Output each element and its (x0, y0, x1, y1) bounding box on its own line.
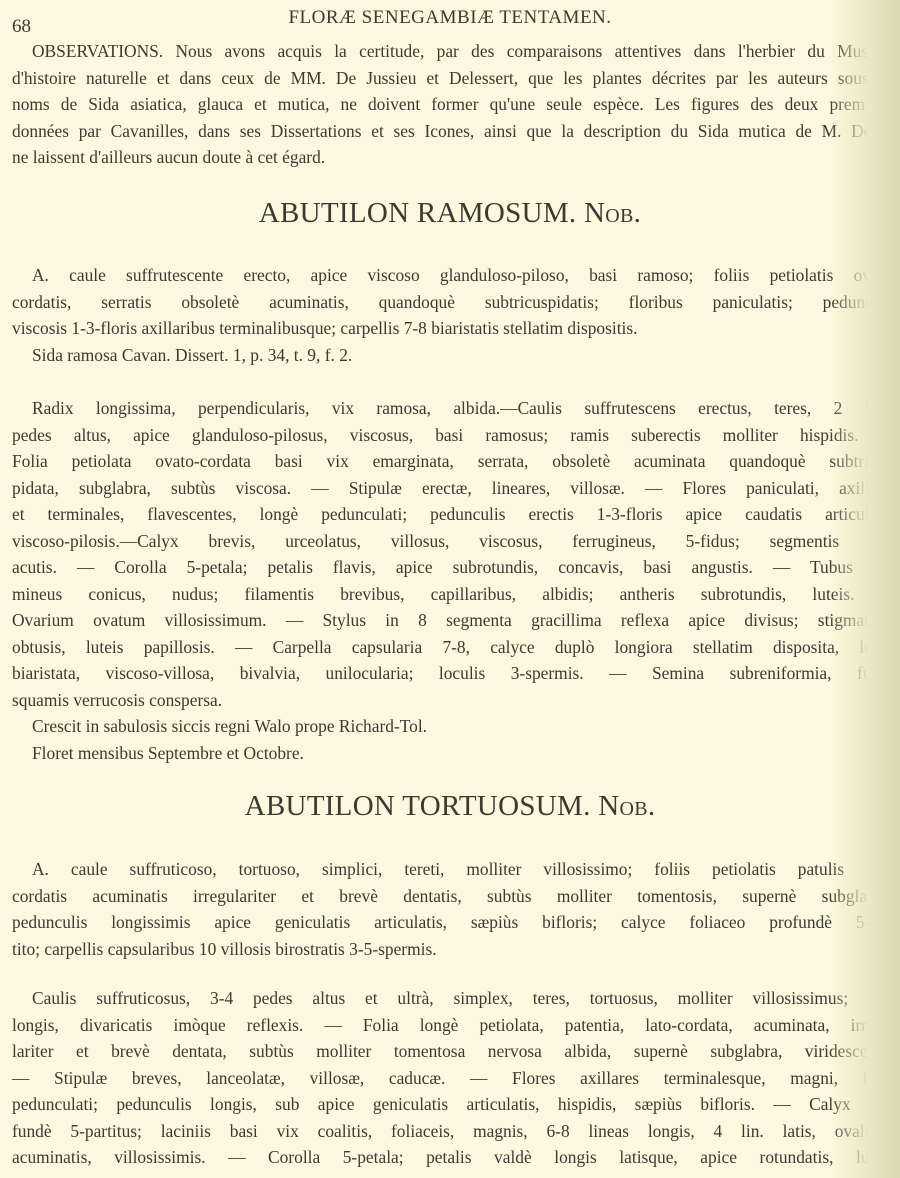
text-line: viscoso-pilosis.—Calyx brevis, urceolatu… (12, 528, 898, 555)
text-line: Caulis suffruticosus, 3-4 pedes altus et… (12, 985, 898, 1012)
text-line: cordatis acuminatis irregulariter et bre… (12, 883, 898, 910)
description-tortuosum: Caulis suffruticosus, 3-4 pedes altus et… (12, 985, 898, 1171)
text-line: mineus conicus, nudus; filamentis brevib… (12, 581, 898, 608)
text-line: noms de Sida asiatica, glauca et mutica,… (12, 91, 898, 118)
text-line: tito; carpellis capsularibus 10 villosis… (12, 936, 898, 963)
text-line: cordatis, serratis obsoletè acuminatis, … (12, 289, 898, 316)
species-author: Nob. (598, 790, 655, 822)
diagnosis-tortuosum: A. caule suffruticoso, tortuoso, simplic… (12, 856, 898, 962)
diagnosis-ramosum: A. caule suffrutescente erecto, apice vi… (12, 262, 898, 368)
text-line: pidata, subglabra, subtùs viscosa. — Sti… (12, 475, 898, 502)
species-title-tortuosum: ABUTILON TORTUOSUM. Nob. (0, 790, 900, 823)
description-ramosum: Radix longissima, perpendicularis, vix r… (12, 395, 898, 766)
text-line: pedunculati; pedunculis longis, sub apic… (12, 1091, 898, 1118)
text-line: OBSERVATIONS. Nous avons acquis la certi… (12, 38, 898, 65)
text-line: acuminatis, villosissimis. — Corolla 5-p… (12, 1144, 898, 1171)
text-line: viscosis 1-3-floris axillaribus terminal… (12, 315, 898, 342)
text-line: obtusis, luteis papillosis. — Carpella c… (12, 634, 898, 661)
text-line: ne laissent d'ailleurs aucun doute à cet… (12, 144, 898, 171)
text-line: — Stipulæ breves, lanceolatæ, villosæ, c… (12, 1065, 898, 1092)
synonym-citation: Sida ramosa Cavan. Dissert. 1, p. 34, t.… (12, 342, 898, 369)
book-page: 68 FLORÆ SENEGAMBIÆ TENTAMEN. OBSERVATIO… (0, 0, 900, 1178)
species-author: Nob. (584, 197, 641, 229)
text-line: pedunculis longissimis apice geniculatis… (12, 909, 898, 936)
text-line: données par Cavanilles, dans ses Dissert… (12, 118, 898, 145)
flowering-note: Floret mensibus Septembre et Octobre. (12, 740, 898, 767)
text-line: lariter et brevè dentata, subtùs mollite… (12, 1038, 898, 1065)
text-line: A. caule suffrutescente erecto, apice vi… (12, 262, 898, 289)
text-line: Ovarium ovatum villosissimum. — Stylus i… (12, 607, 898, 634)
text-line: acutis. — Corolla 5-petala; petalis flav… (12, 554, 898, 581)
text-line: d'histoire naturelle et dans ceux de MM.… (12, 65, 898, 92)
species-title-ramosum: ABUTILON RAMOSUM. Nob. (0, 197, 900, 230)
text-line: Folia petiolata ovato-cordata basi vix e… (12, 448, 898, 475)
text-line: et terminales, flavescentes, longè pedun… (12, 501, 898, 528)
text-line: A. caule suffruticoso, tortuoso, simplic… (12, 856, 898, 883)
observations-paragraph: OBSERVATIONS. Nous avons acquis la certi… (12, 38, 898, 171)
text-line: longis, divaricatis imòque reflexis. — F… (12, 1012, 898, 1039)
text-line: squamis verrucosis conspersa. (12, 687, 898, 714)
text-line: Radix longissima, perpendicularis, vix r… (12, 395, 898, 422)
species-name: ABUTILON TORTUOSUM. (245, 790, 591, 822)
text-line: fundè 5-partitus; laciniis basi vix coal… (12, 1118, 898, 1145)
text-line: pedes altus, apice glanduloso-pilosus, v… (12, 422, 898, 449)
text-line: biaristata, viscoso-villosa, bivalvia, u… (12, 660, 898, 687)
habitat-note: Crescit in sabulosis siccis regni Walo p… (12, 713, 898, 740)
running-title: FLORÆ SENEGAMBIÆ TENTAMEN. (0, 7, 900, 29)
species-name: ABUTILON RAMOSUM. (259, 197, 577, 229)
